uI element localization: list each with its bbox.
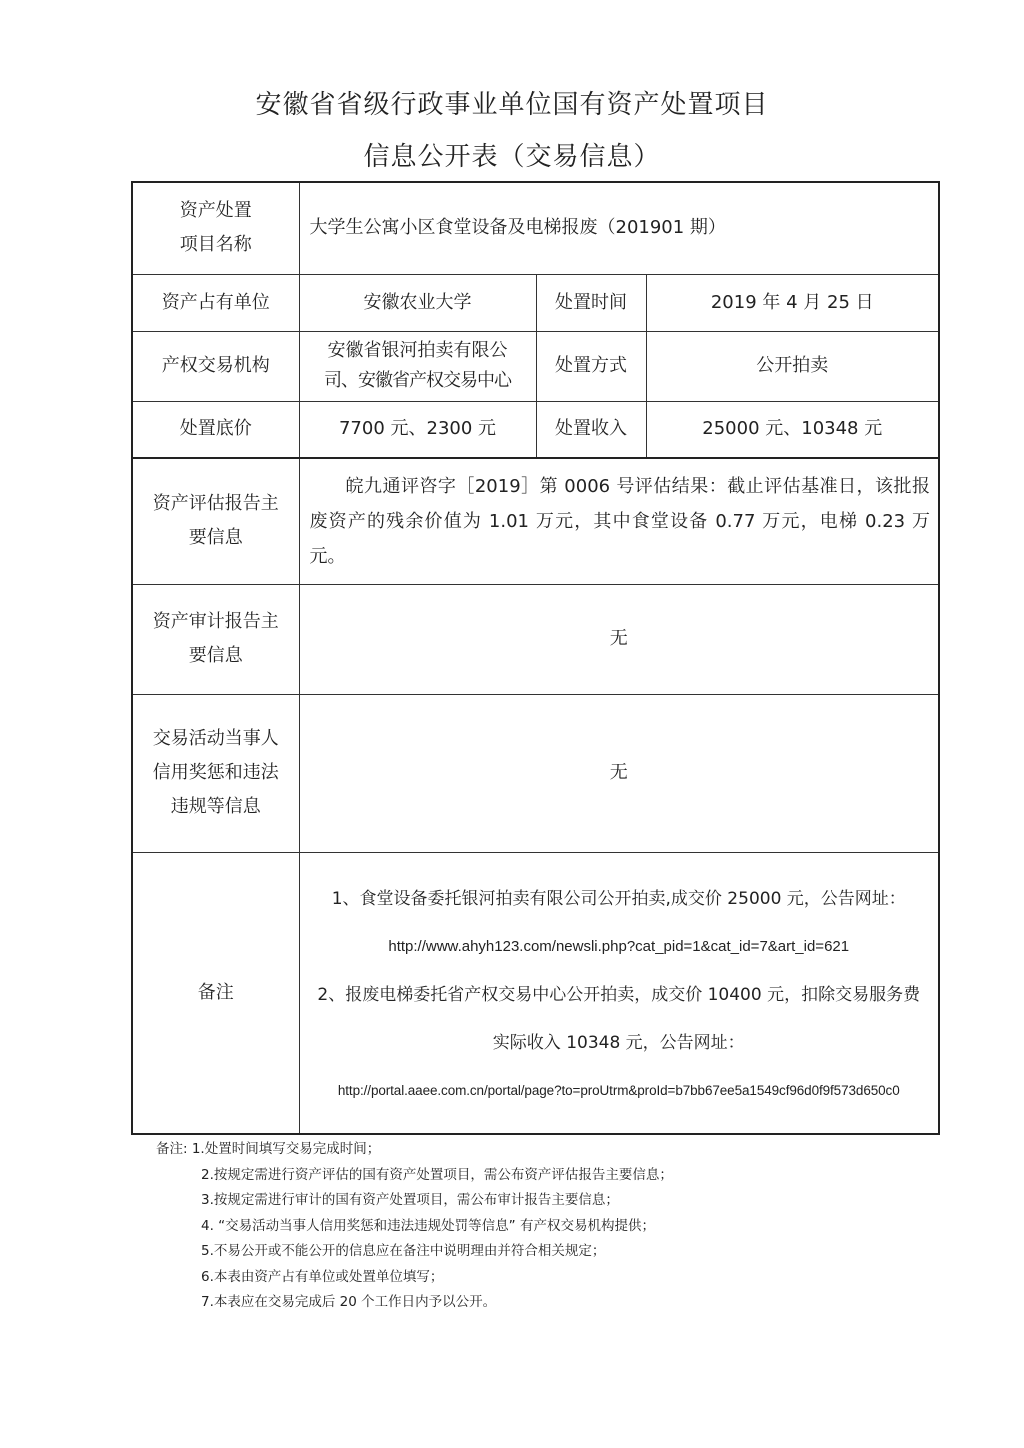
remark-line-1: 1、食堂设备委托银河拍卖有限公司公开拍卖,成交价 25000 元，公告网址： xyxy=(310,875,929,923)
disposal-method-label: 处置方式 xyxy=(536,331,646,401)
row-owner-time: 资产占有单位 安徽农业大学 处置时间 2019 年 4 月 25 日 xyxy=(132,274,939,331)
footnote-7: 7.本表应在交易完成后 20 个工作日内予以公开。 xyxy=(156,1290,673,1316)
row-audit-report: 资产审计报告主 要信息 无 xyxy=(132,584,939,694)
remark-line-2: 2、报废电梯委托省产权交易中心公开拍卖，成交价 10400 元，扣除交易服务费 xyxy=(310,971,929,1019)
disposal-income-label: 处置收入 xyxy=(536,401,646,458)
exchange-agency-label: 产权交易机构 xyxy=(132,331,299,401)
document-title-line1: 安徽省省级行政事业单位国有资产处置项目 xyxy=(0,84,1024,121)
project-name-label: 资产处置 项目名称 xyxy=(132,182,299,274)
reserve-price-label: 处置底价 xyxy=(132,401,299,458)
credit-info-label: 交易活动当事人 信用奖惩和违法 违规等信息 xyxy=(132,694,299,852)
appraisal-report-label: 资产评估报告主 要信息 xyxy=(132,458,299,584)
footnote-1: 备注: 1.处置时间填写交易完成时间； xyxy=(156,1137,673,1163)
disposal-time-label: 处置时间 xyxy=(536,274,646,331)
remark-url-2[interactable]: http://portal.aaee.com.cn/portal/page?to… xyxy=(310,1067,929,1115)
footnote-4: 4. “交易活动当事人信用奖惩和违法违规处罚等信息” 有产权交易机构提供； xyxy=(156,1214,673,1240)
audit-report-label: 资产审计报告主 要信息 xyxy=(132,584,299,694)
remarks-value: 1、食堂设备委托银河拍卖有限公司公开拍卖,成交价 25000 元，公告网址： h… xyxy=(299,852,939,1134)
footnote-3: 3.按规定需进行审计的国有资产处置项目，需公布审计报告主要信息； xyxy=(156,1188,673,1214)
footnote-5: 5.不易公开或不能公开的信息应在备注中说明理由并符合相关规定； xyxy=(156,1239,673,1265)
row-price-income: 处置底价 7700 元、2300 元 处置收入 25000 元、10348 元 xyxy=(132,401,939,458)
remarks-label: 备注 xyxy=(132,852,299,1134)
remark-url-1[interactable]: http://www.ahyh123.com/newsli.php?cat_pi… xyxy=(310,923,929,971)
row-appraisal-report: 资产评估报告主 要信息 皖九通评咨字［2019］第 0006 号评估结果：截止评… xyxy=(132,458,939,584)
disposal-time-value: 2019 年 4 月 25 日 xyxy=(646,274,939,331)
reserve-price-value: 7700 元、2300 元 xyxy=(299,401,536,458)
footnote-2: 2.按规定需进行资产评估的国有资产处置项目，需公布资产评估报告主要信息； xyxy=(156,1163,673,1189)
row-agency-method: 产权交易机构 安徽省银河拍卖有限公 司、安徽省产权交易中心 处置方式 公开拍卖 xyxy=(132,331,939,401)
disposal-income-value: 25000 元、10348 元 xyxy=(646,401,939,458)
row-project-name: 资产处置 项目名称 大学生公寓小区食堂设备及电梯报废（201901 期） xyxy=(132,182,939,274)
disposal-method-value: 公开拍卖 xyxy=(646,331,939,401)
audit-report-value: 无 xyxy=(299,584,939,694)
owner-unit-value: 安徽农业大学 xyxy=(299,274,536,331)
remark-line-3: 实际收入 10348 元，公告网址： xyxy=(310,1019,929,1067)
appraisal-report-value: 皖九通评咨字［2019］第 0006 号评估结果：截止评估基准日，该批报废资产的… xyxy=(299,458,939,584)
exchange-agency-value: 安徽省银河拍卖有限公 司、安徽省产权交易中心 xyxy=(299,331,536,401)
owner-unit-label: 资产占有单位 xyxy=(132,274,299,331)
project-name-value: 大学生公寓小区食堂设备及电梯报废（201901 期） xyxy=(299,182,939,274)
document-title-line2: 信息公开表（交易信息） xyxy=(0,136,1024,173)
disclosure-table: 资产处置 项目名称 大学生公寓小区食堂设备及电梯报废（201901 期） 资产占… xyxy=(131,181,940,1135)
row-remarks: 备注 1、食堂设备委托银河拍卖有限公司公开拍卖,成交价 25000 元，公告网址… xyxy=(132,852,939,1134)
row-credit-info: 交易活动当事人 信用奖惩和违法 违规等信息 无 xyxy=(132,694,939,852)
footnote-6: 6.本表由资产占有单位或处置单位填写； xyxy=(156,1265,673,1291)
footnotes: 备注: 1.处置时间填写交易完成时间； 2.按规定需进行资产评估的国有资产处置项… xyxy=(156,1137,673,1316)
credit-info-value: 无 xyxy=(299,694,939,852)
